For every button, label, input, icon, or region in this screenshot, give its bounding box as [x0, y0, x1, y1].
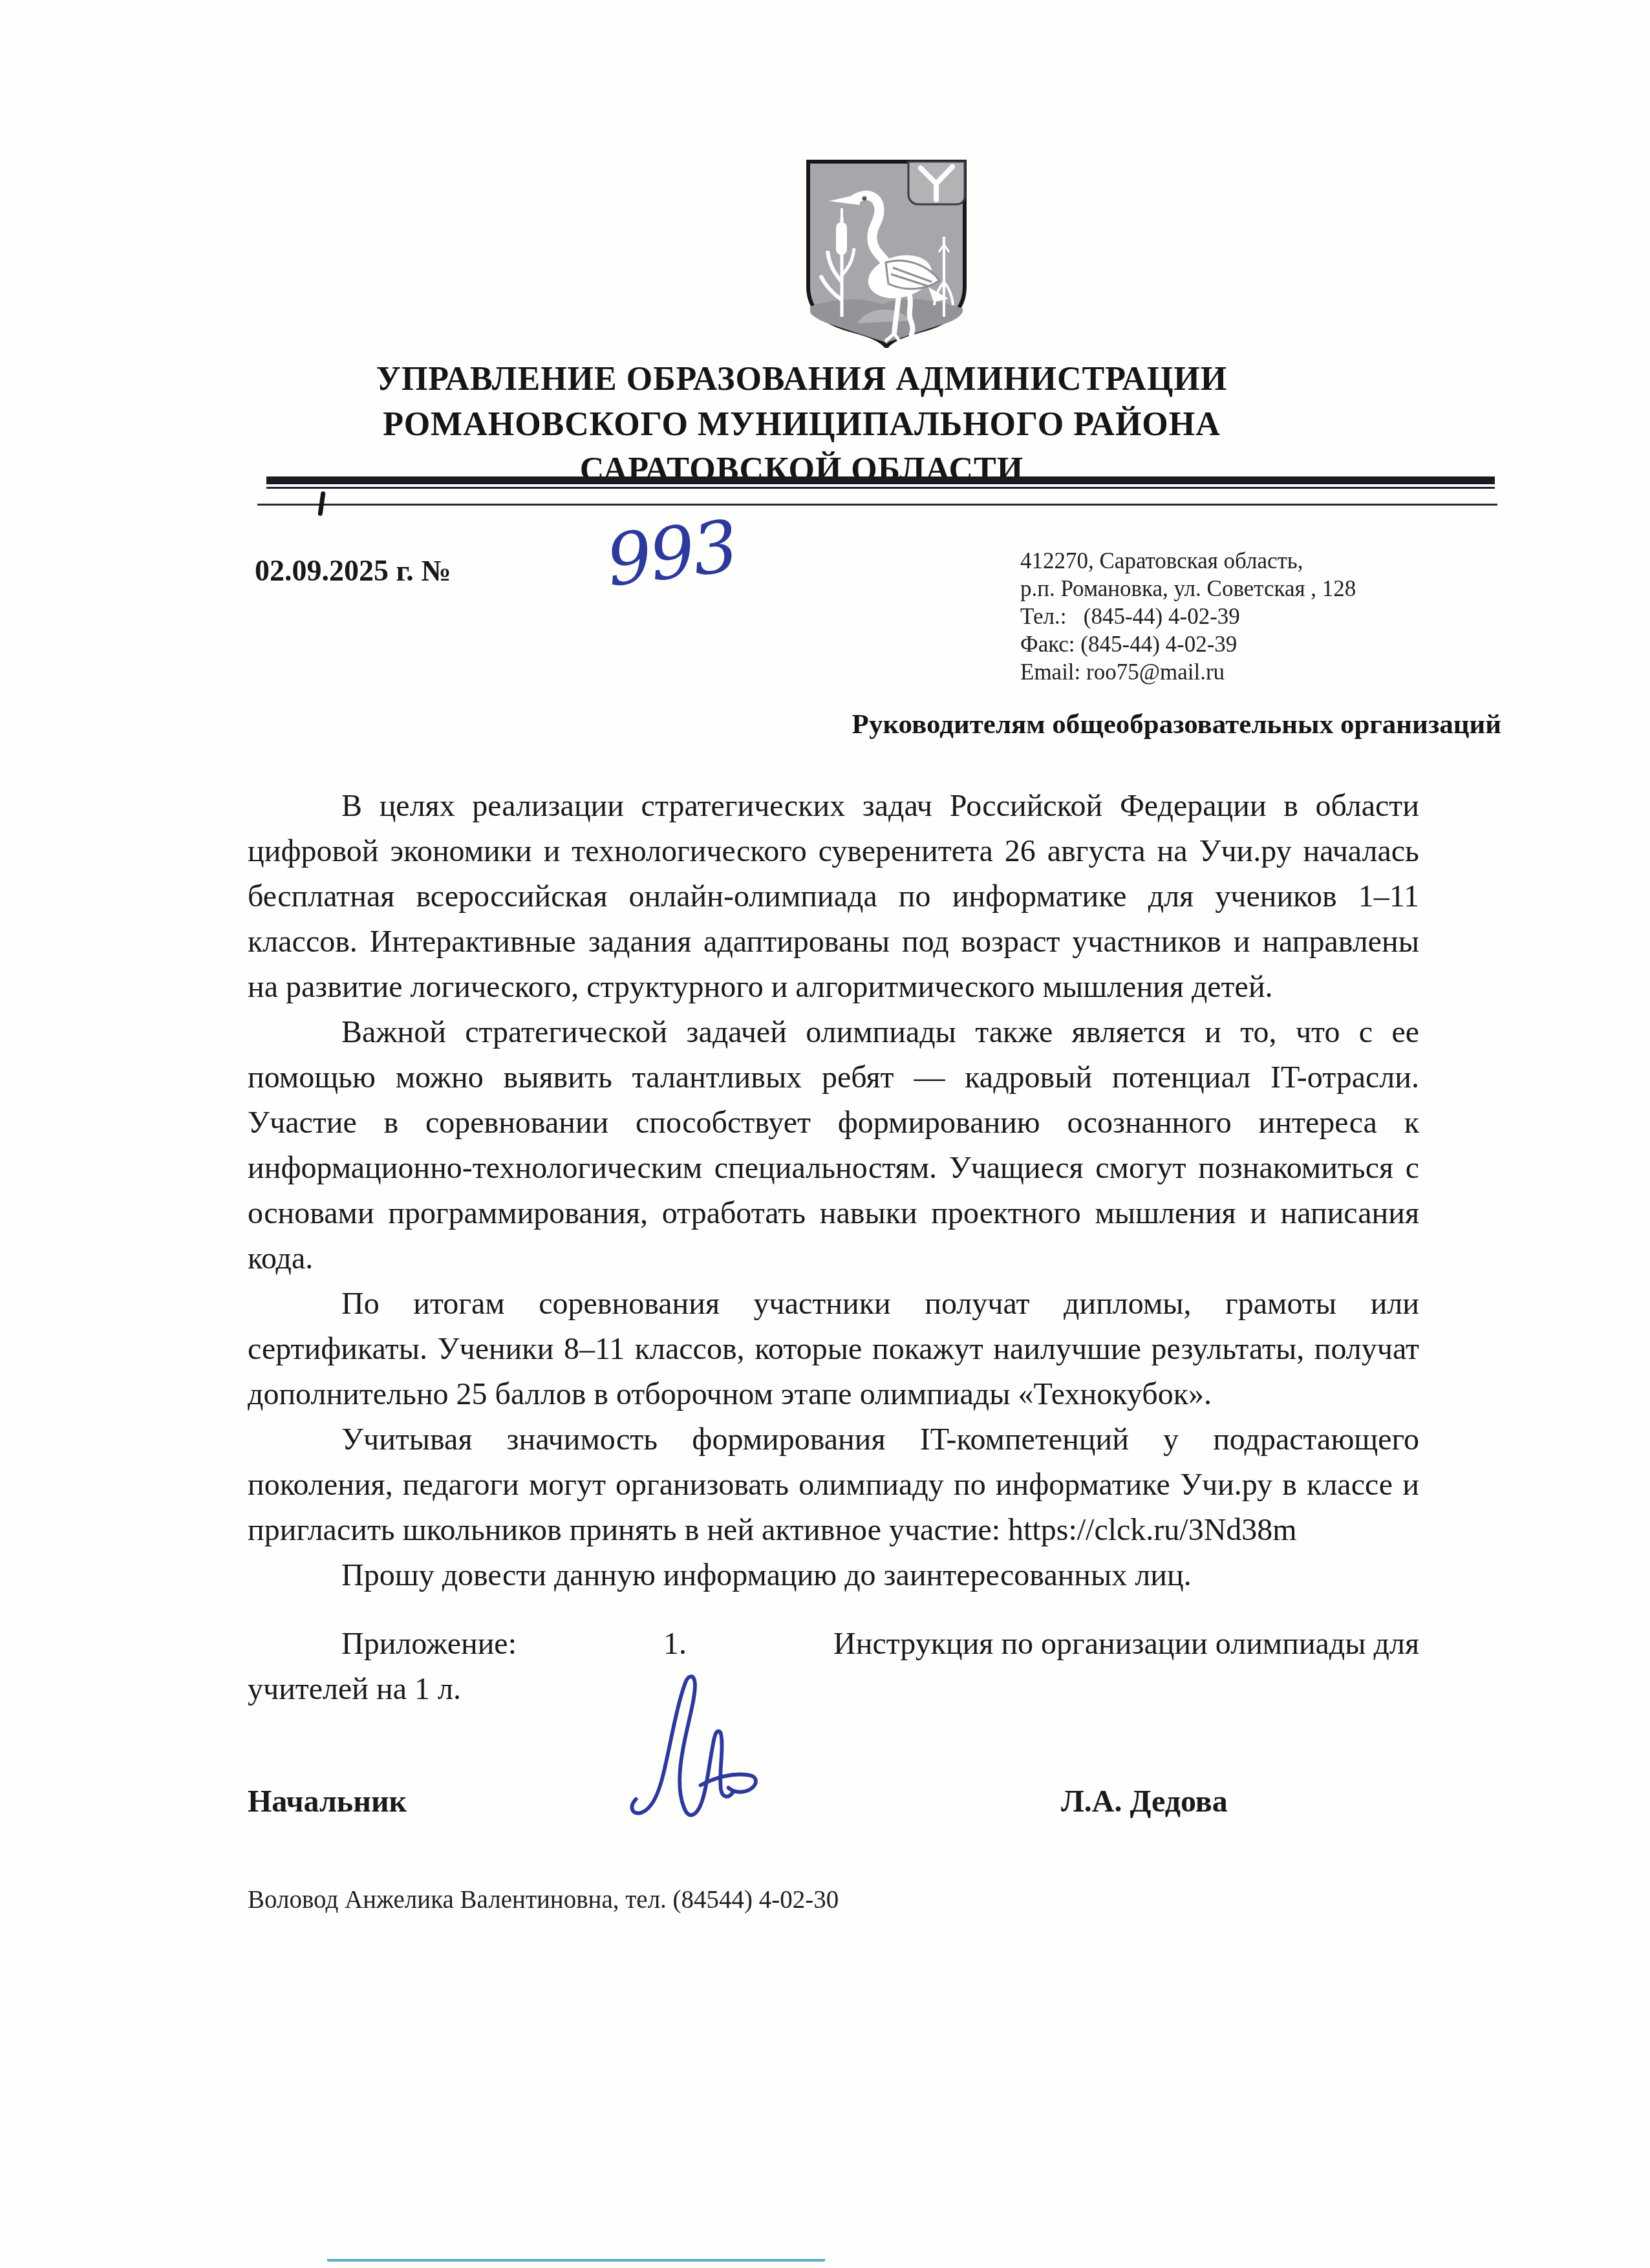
header-rule-thick — [266, 476, 1495, 484]
address-line: Факс: (845-44) 4-02-39 — [1020, 630, 1356, 658]
date-and-number-label: 02.09.2025 г. № — [255, 553, 451, 588]
attachment-text-line1: Инструкция по организации олимпиады для — [833, 1621, 1419, 1667]
org-name-block: УПРАВЛЕНИЕ ОБРАЗОВАНИЯ АДМИНИСТРАЦИИ РОМ… — [191, 357, 1412, 493]
address-line: р.п. Романовка, ул. Советская , 128 — [1020, 575, 1356, 603]
signature-block: Начальник Л.А. Дедова — [248, 1774, 1419, 1822]
sender-address-block: 412270, Саратовская область, р.п. Романо… — [1020, 547, 1356, 686]
handwritten-doc-number: 993 — [602, 504, 741, 603]
body-paragraph-2: Важной стратегической задачей олимпиады … — [248, 1010, 1419, 1281]
scanned-letter-page: УПРАВЛЕНИЕ ОБРАЗОВАНИЯ АДМИНИСТРАЦИИ РОМ… — [0, 0, 1650, 2268]
header-rule-thin-lower — [257, 504, 1497, 506]
coat-of-arms — [802, 154, 971, 348]
signature-scribble-icon — [626, 1667, 778, 1826]
signer-title: Начальник — [248, 1779, 407, 1824]
org-name-line-1: УПРАВЛЕНИЕ ОБРАЗОВАНИЯ АДМИНИСТРАЦИИ — [191, 357, 1412, 402]
org-name-line-2: РОМАНОВСКОГО МУНИЦИПАЛЬНОГО РАЙОНА — [191, 402, 1412, 447]
org-name-line-3: САРАТОВСКОЙ ОБЛАСТИ — [191, 447, 1412, 493]
letter-body: В целях реализации стратегических задач … — [248, 784, 1419, 1923]
address-line: 412270, Саратовская область, — [1020, 547, 1356, 575]
scanner-artifact-line — [327, 2259, 825, 2262]
attachment-text-line2: учителей на 1 л. — [248, 1667, 1419, 1712]
attachment-label: Приложение: — [341, 1621, 517, 1667]
signer-name: Л.А. Дедова — [1061, 1779, 1228, 1824]
coat-of-arms-icon — [802, 154, 971, 348]
addressee-line: Руководителям общеобразовательных органи… — [685, 709, 1501, 740]
executor-contact-line: Воловод Анжелика Валентиновна, тел. (845… — [248, 1878, 1419, 1923]
body-paragraph-1: В целях реализации стратегических задач … — [248, 784, 1419, 1010]
body-paragraph-4: Учитывая значимость формирования IT-комп… — [248, 1417, 1419, 1553]
body-paragraph-3: По итогам соревнования участники получат… — [248, 1281, 1419, 1417]
body-paragraph-5: Прошу довести данную информацию до заинт… — [248, 1553, 1419, 1598]
address-line: Email: roo75@mail.ru — [1020, 658, 1356, 686]
attachment-block: Приложение: 1. Инструкция по организации… — [248, 1621, 1419, 1712]
header-rule-thin-upper — [266, 487, 1495, 489]
attachment-number: 1. — [663, 1621, 687, 1667]
address-line: Тел.: (845-44) 4-02-39 — [1020, 603, 1356, 630]
